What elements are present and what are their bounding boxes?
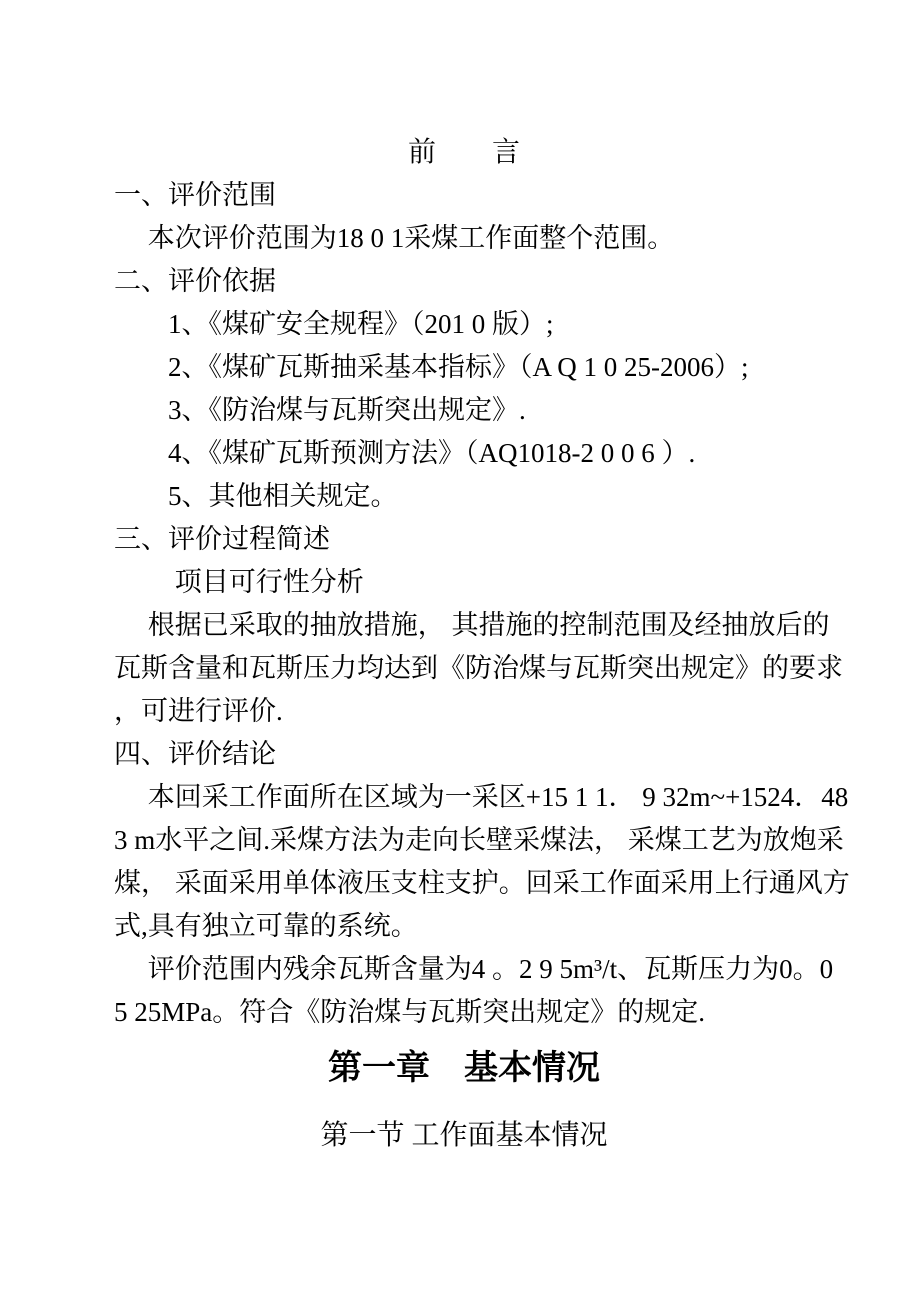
- para-process-line-1: 根据已采取的抽放措施， 其措施的控制范围及经抽放后的: [114, 604, 814, 647]
- para-conclusion-line-1: 本回采工作面所在区域为一采区+15 1 1． 9 32m~+1524．48: [114, 776, 814, 819]
- para-gas-line-1: 评价范围内残余瓦斯含量为4 。2 9 5m³/t、瓦斯压力为0。0: [114, 948, 814, 991]
- para-conclusion-line-4: 式,具有独立可靠的系统。: [114, 905, 814, 948]
- document-body: 前 言一、评价范围 本次评价范围为18 0 1采煤工作面整个范围。二、评价依据 …: [114, 131, 814, 1157]
- section-1-heading: 第一节 工作面基本情况: [114, 1114, 814, 1157]
- heading-3-process: 三、评价过程简述: [114, 518, 814, 561]
- basis-item-2: 2、《煤矿瓦斯抽采基本指标》（A Q 1 0 25-2006）;: [114, 346, 814, 389]
- para-process-line-2: 瓦斯含量和瓦斯压力均达到《防治煤与瓦斯突出规定》的要求: [114, 647, 814, 690]
- basis-item-1: 1、《煤矿安全规程》（201 0 版）;: [114, 303, 814, 346]
- para-gas-line-2: 5 25MPa。符合《防治煤与瓦斯突出规定》的规定.: [114, 991, 814, 1034]
- para-feasibility: 项目可行性分析: [114, 561, 814, 604]
- heading-2-basis: 二、评价依据: [114, 260, 814, 303]
- para-conclusion-line-3: 煤， 采面采用单体液压支柱支护。回采工作面采用上行通风方: [114, 862, 814, 905]
- document-page: 前 言一、评价范围 本次评价范围为18 0 1采煤工作面整个范围。二、评价依据 …: [0, 0, 920, 1302]
- heading-1-scope: 一、评价范围: [114, 174, 814, 217]
- chapter-1-heading: 第一章 基本情况: [114, 1042, 814, 1094]
- para-conclusion-line-2: 3 m水平之间.采煤方法为走向长壁采煤法， 采煤工艺为放炮采: [114, 819, 814, 862]
- preface-title: 前 言: [114, 131, 814, 174]
- para-process-line-3: ，可进行评价.: [114, 690, 814, 733]
- heading-4-conclusion: 四、评价结论: [114, 733, 814, 776]
- basis-item-5: 5、其他相关规定。: [114, 475, 814, 518]
- basis-item-3: 3、《防治煤与瓦斯突出规定》.: [114, 389, 814, 432]
- basis-item-4: 4、《煤矿瓦斯预测方法》（AQ1018-2 0 0 6 ）.: [114, 432, 814, 475]
- para-scope: 本次评价范围为18 0 1采煤工作面整个范围。: [114, 217, 814, 260]
